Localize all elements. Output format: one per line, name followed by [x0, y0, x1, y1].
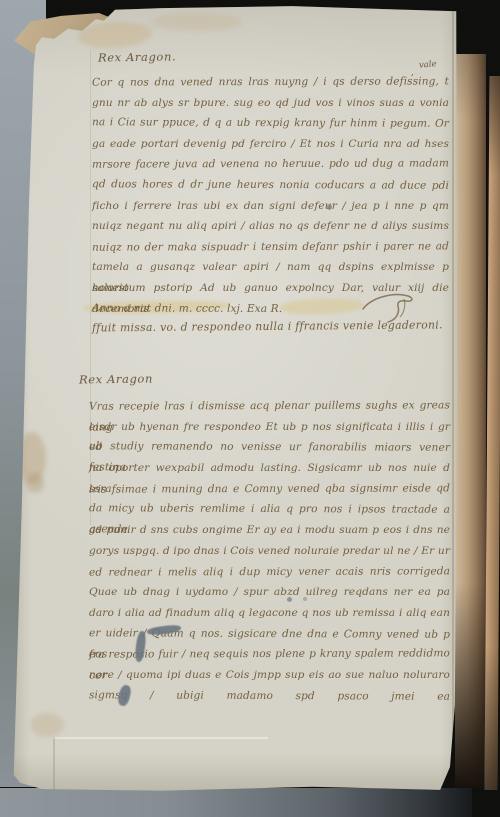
- manuscript-photograph: Rex Aragon. , vale Cor q nos dna vened n…: [0, 0, 500, 817]
- manuscript-line: sigmsq / ubigi madamo spd psaco jmei ea: [89, 685, 450, 707]
- manuscript-line: gnu nr ab alys sr bpure. sug eo qd jud v…: [92, 93, 449, 114]
- manuscript-line: nuiqz no der maka sispuadr i tensim defa…: [92, 236, 449, 258]
- manuscript-line: gorys uspgq. d ipo dnas i Cois vened nol…: [89, 541, 450, 562]
- manuscript-line: Cor q nos dna vened nras lras nuyng / i …: [92, 71, 449, 93]
- manuscript-line: Quae ub dnag i uydamo / spur abzd uilreg…: [89, 582, 450, 603]
- letter2-heading: Rex Aragon: [79, 371, 153, 386]
- manuscript-line: ub studiy remanendo no venisse ur fanora…: [89, 437, 450, 459]
- manuscript-line: tamela a gusanqz valear apiri / nam qq d…: [92, 257, 449, 278]
- manuscript-line: mrsore facere juva ad venena no heruue. …: [92, 154, 449, 176]
- stain: [30, 713, 64, 737]
- letter1-heading: Rex Aragon.: [98, 49, 176, 64]
- manuscript-line: nore / quoma ipi duas e Cois jmpp sup ei…: [89, 665, 450, 686]
- manuscript-line: qd duos hores d dr june heures nonia cod…: [92, 174, 449, 196]
- manuscript-line: da micy ub uberis remlime i alia q pro n…: [89, 499, 450, 521]
- manuscript-line: ficho i ferrere lras ubi ex dan signi de…: [92, 196, 449, 217]
- manuscript-line: lris fsimae i muning dna e Comny vened q…: [89, 478, 450, 500]
- gutter-fold-crease: [452, 5, 454, 793]
- stain: [152, 13, 242, 31]
- letter1-body: Cor q nos dna vened nras lras nuyng / i …: [92, 72, 449, 319]
- manuscript-page: Rex Aragon. , vale Cor q nos dna vened n…: [12, 5, 458, 793]
- ink-speck: [303, 597, 307, 601]
- table-mat-bottom: [0, 788, 472, 817]
- under-folio-edge: [53, 737, 268, 739]
- manuscript-line: eisdr ub hyenan fre respondeo Et ub p no…: [89, 417, 450, 438]
- manuscript-line: nuiqz negant nu aliq apiri / alias no qs…: [92, 216, 449, 237]
- under-folio-edge-side: [53, 737, 55, 791]
- manuscript-line: ad punir d sns cubs ongime Er ay ea i mo…: [89, 520, 450, 541]
- dispatch-note: ffuit missa. vo. d respondeo nulla i ffr…: [92, 318, 443, 334]
- manuscript-line: daro i alia ad finadum aliq q legacone q…: [89, 603, 450, 624]
- book-gutter: [455, 54, 486, 788]
- manuscript-line: Vras recepie lras i dismisse acq plenar …: [89, 395, 450, 417]
- manuscript-line: na oporter wexpabil admodu lasting. Sigs…: [89, 458, 450, 479]
- interlinear-vale-insertion: vale: [419, 59, 437, 70]
- adjacent-folio-edge: [485, 76, 500, 790]
- stain: [26, 473, 44, 493]
- ink-speck: [327, 204, 332, 210]
- ink-speck: [287, 597, 292, 602]
- manuscript-line: ga eade portari devenig pd ferciro / Et …: [92, 134, 449, 155]
- manuscript-line: na i Cia sur ppuce, d q a ub rexpig kran…: [92, 112, 449, 134]
- manuscript-line: ed rednear i melis aliq i dup micy vener…: [89, 561, 450, 583]
- letter2-body: Vras recepie lras i dismisse acq plenar …: [89, 396, 450, 706]
